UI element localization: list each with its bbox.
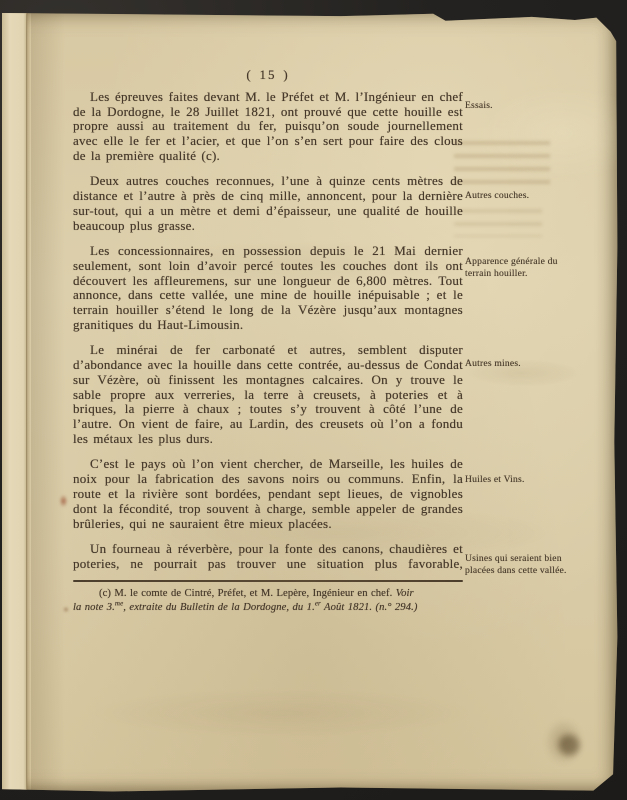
footnote-citation: Août 1821. (n.° 294.) [321,602,418,613]
footnote: (c) M. le comte de Cintré, Préfet, et M.… [73,587,463,613]
book-page: ( 15 ) Les épreuves faites devant M. le … [2,13,618,793]
footnote-citation: , extraite du Bulletin de la Dordogne, d… [123,602,315,613]
footnote-italic: Voir [396,588,414,599]
bleed-through-marks [454,141,550,185]
footnote-rule [73,580,463,582]
paragraph-usines: Un fourneau à réverbère, pour la fonte d… [73,542,463,572]
margin-note-essais: Essais. [465,100,569,112]
margin-note-usines: Usines qui seraient bien placées dans ce… [465,553,569,576]
paragraph-essais: Les épreuves faites devant M. le Préfet … [73,90,463,164]
gutter-shadow [31,13,65,793]
paragraph-concessionnaires: Les concessionnaires, en possession depu… [73,244,463,333]
bleed-through-marks [454,209,542,237]
ink-spot [58,493,69,509]
scan-backdrop: ( 15 ) Les épreuves faites devant M. le … [0,0,627,800]
footnote-citation: la note 3. [73,602,115,613]
footnote-text: (c) M. le comte de Cintré, Préfet, et M.… [99,588,396,599]
page-number: ( 15 ) [73,68,463,83]
ink-spot [62,605,70,614]
paragraph-huiles-vins: C’est le pays où l’on vient chercher, de… [73,457,463,531]
margin-note-apparence-terrain: Apparence générale du terrain houiller. [465,256,569,279]
paragraph-autres-couches: Deux autres couches reconnues, l’une à q… [73,174,463,233]
margin-note-autres-couches: Autres couches. [465,190,569,202]
facing-page-edge [2,13,27,793]
page-content: ( 15 ) Les épreuves faites devant M. le … [73,68,463,614]
paper-stain [538,711,590,773]
margin-note-huiles-vins: Huiles et Vins. [465,474,569,486]
margin-note-autres-mines: Autres mines. [465,358,569,370]
paragraph-autres-mines: Le minérai de fer carbonaté et autres, s… [73,343,463,447]
